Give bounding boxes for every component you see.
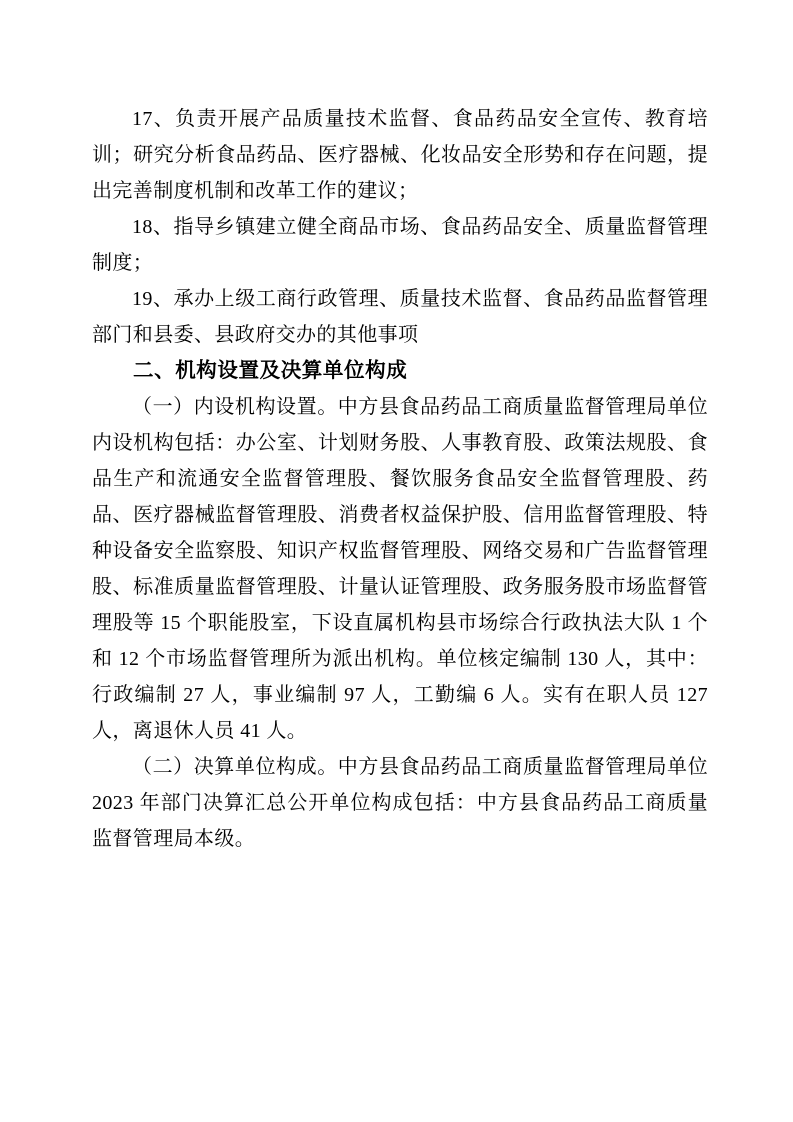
document-body: 17、负责开展产品质量技术监督、食品药品安全宣传、教育培训；研究分析食品药品、医… <box>92 101 708 857</box>
paragraph-duty-17: 17、负责开展产品质量技术监督、食品药品安全宣传、教育培训；研究分析食品药品、医… <box>92 101 708 209</box>
document-page: 17、负责开展产品质量技术监督、食品药品安全宣传、教育培训；研究分析食品药品、医… <box>0 0 793 1122</box>
paragraph-duty-18: 18、指导乡镇建立健全商品市场、食品药品安全、质量监督管理制度； <box>92 209 708 281</box>
paragraph-internal-org-setup: （一）内设机构设置。中方县食品药品工商质量监督管理局单位内设机构包括：办公室、计… <box>92 389 708 749</box>
paragraph-budget-unit-composition: （二）决算单位构成。中方县食品药品工商质量监督管理局单位 2023 年部门决算汇… <box>92 749 708 857</box>
paragraph-duty-19: 19、承办上级工商行政管理、质量技术监督、食品药品监督管理部门和县委、县政府交办… <box>92 281 708 353</box>
section-heading-org-setup: 二、机构设置及决算单位构成 <box>92 353 708 389</box>
